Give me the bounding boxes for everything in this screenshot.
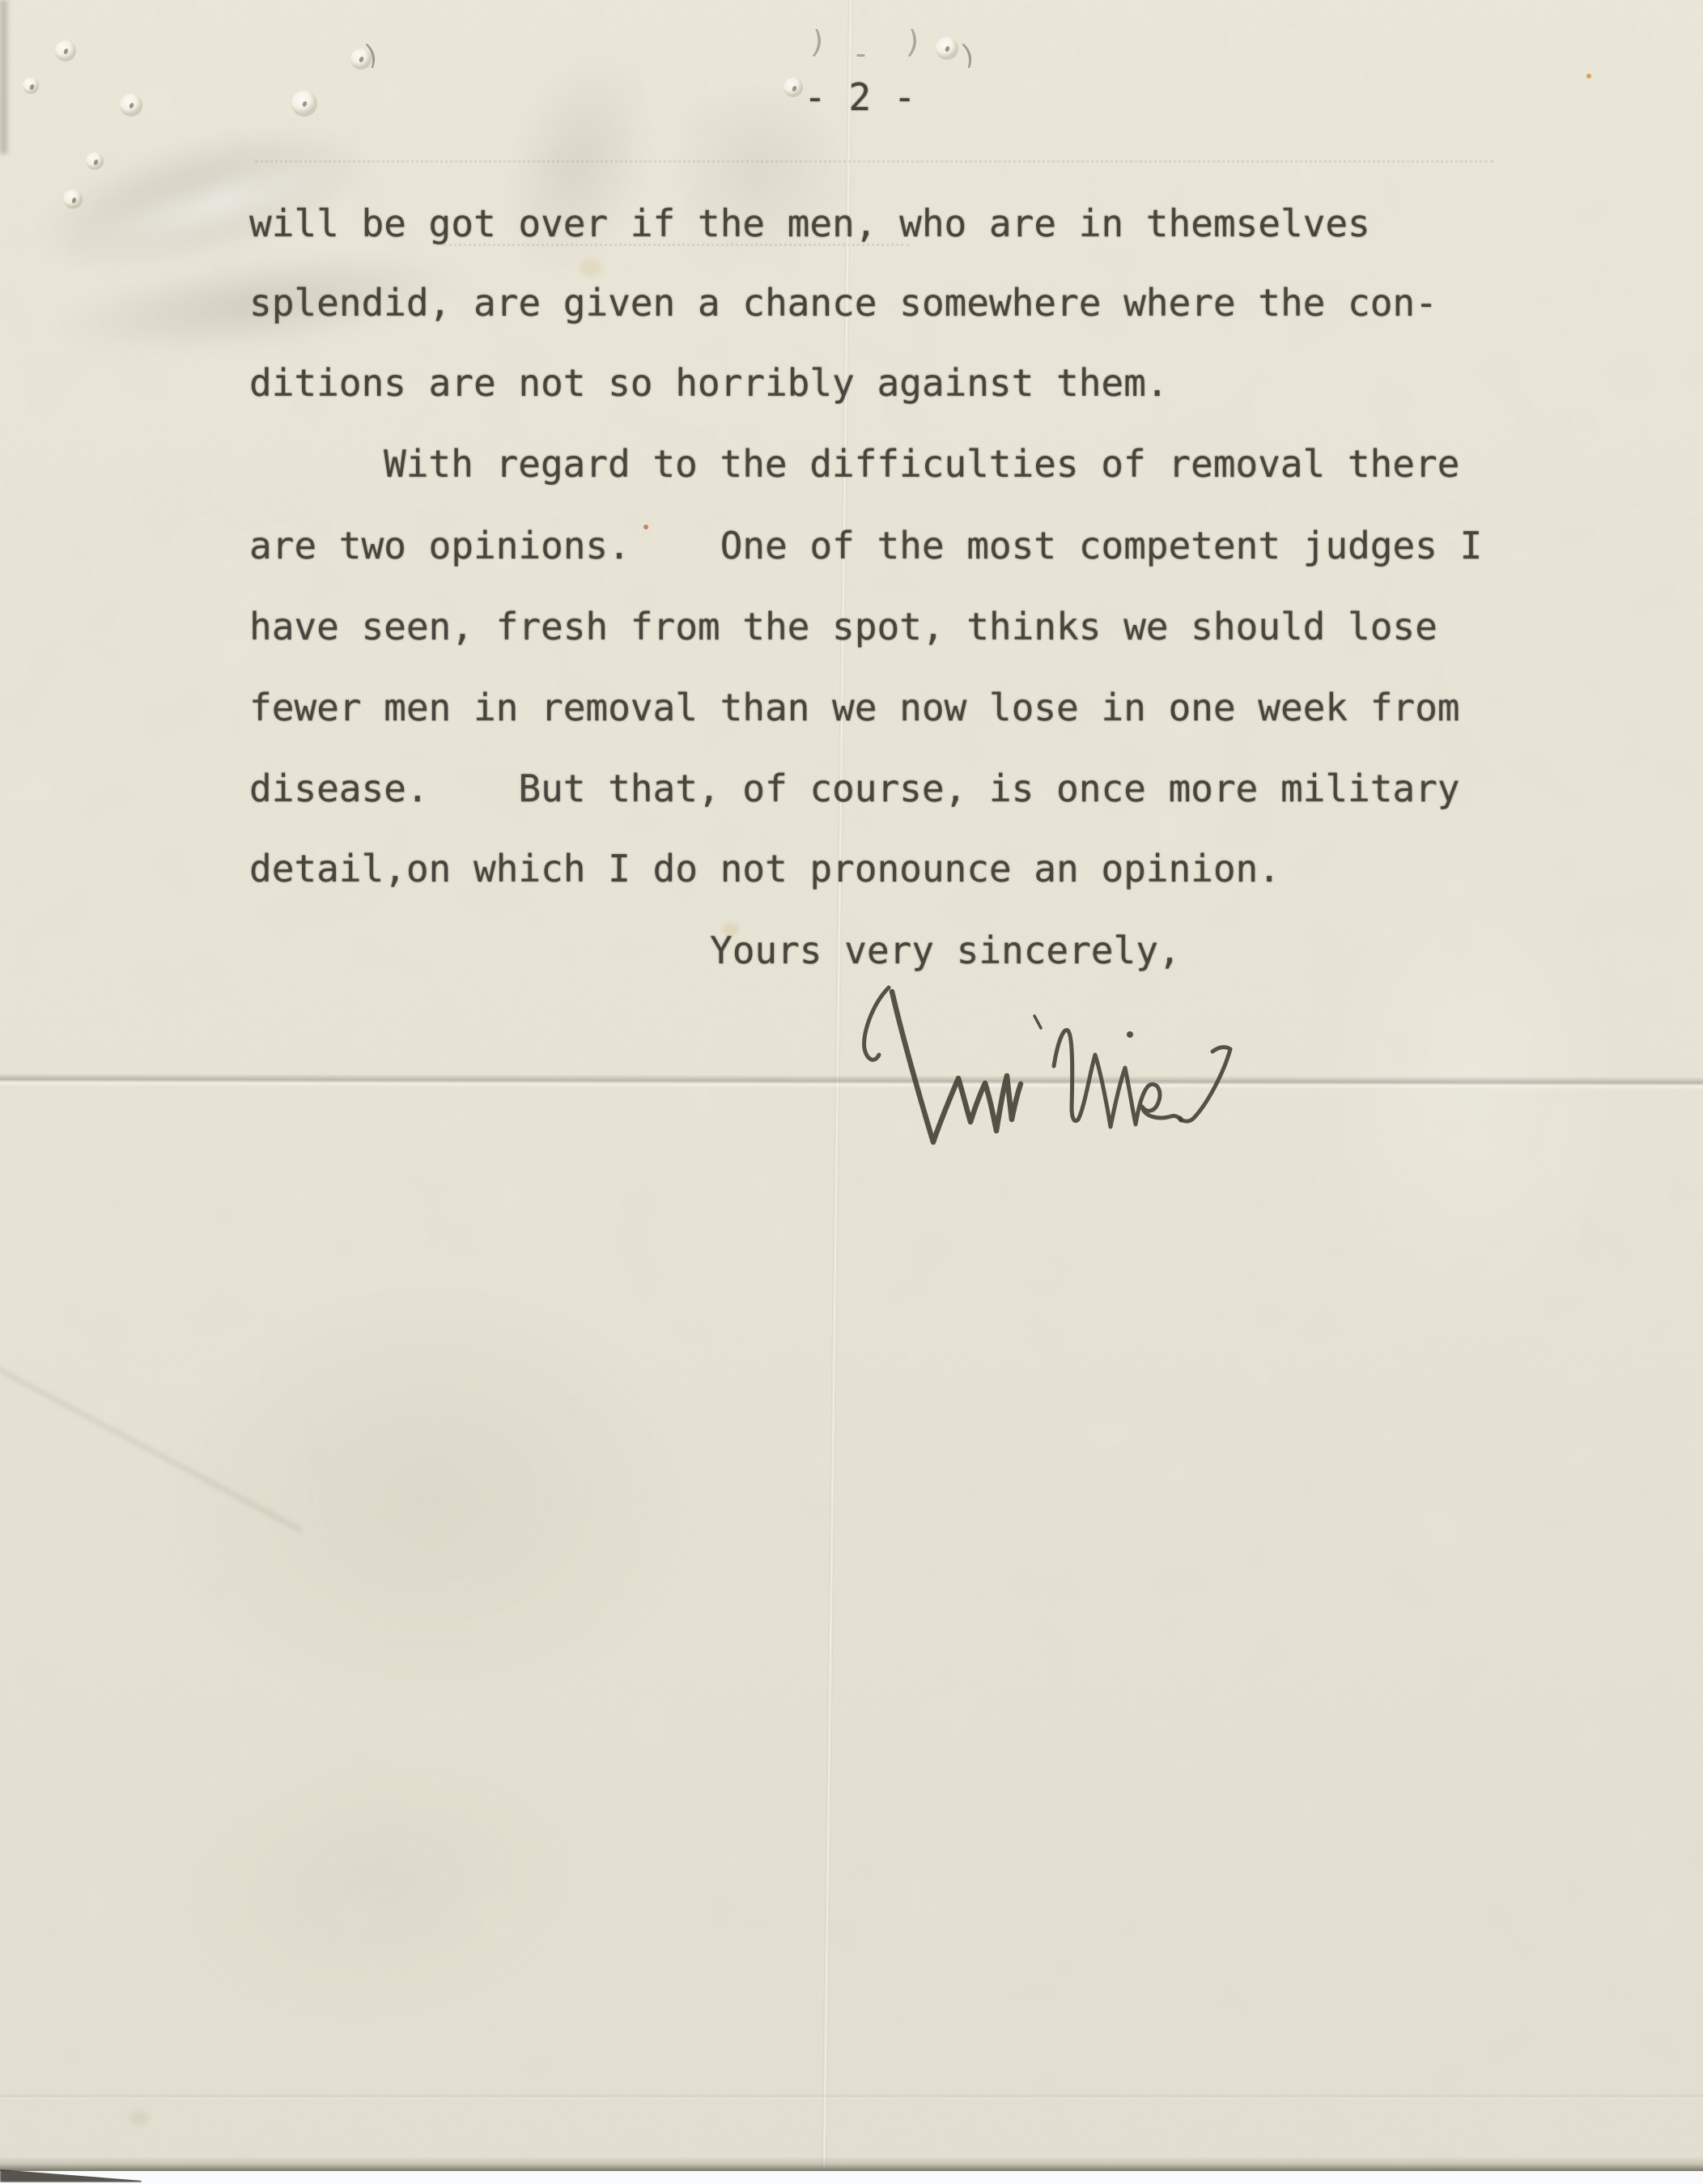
pinhole — [784, 78, 803, 97]
paper-sheen — [1263, 729, 1684, 1457]
paper-sheet: ) ) ) - ) - 2 - will be got over if the … — [0, 0, 1703, 2171]
ghost-mark: ) — [807, 23, 829, 61]
scan-edge-smudge — [0, 0, 7, 154]
stain — [580, 259, 602, 277]
pinhole — [86, 152, 104, 170]
ghost-mark: - — [851, 36, 870, 71]
typed-line: have seen, fresh from the spot, thinks w… — [249, 604, 1438, 649]
paper-bottom-edge-shadow — [0, 2156, 1703, 2171]
typed-line: disease. But that, of course, is once mo… — [249, 766, 1460, 811]
pinhole — [63, 189, 83, 209]
typed-line: are two opinions. One of the most compet… — [249, 523, 1482, 568]
print-artifact-line — [255, 160, 1493, 163]
stain — [130, 2111, 149, 2126]
typed-line: ditions are not so horribly against them… — [249, 360, 1168, 406]
horizontal-fold-crease-faint — [0, 2093, 1703, 2100]
typed-line: splendid, are given a chance somewhere w… — [249, 280, 1438, 325]
paper-mottling — [65, 1214, 793, 1781]
typed-line: detail,on which I do not pronounce an op… — [249, 846, 1280, 891]
typed-line-paragraph-indent: With regard to the difficulties of remov… — [384, 441, 1459, 487]
closing-line: Yours very sincerely, — [710, 928, 1181, 973]
pinhole — [55, 40, 76, 62]
typed-line: fewer men in removal than we now lose in… — [249, 685, 1460, 730]
ghost-mark: ) — [902, 23, 924, 61]
typed-line: will be got over if the men, who are in … — [249, 201, 1370, 246]
pinhole — [291, 91, 317, 117]
page-number: - 2 - — [804, 74, 915, 120]
pinhole — [23, 78, 39, 94]
ink-speck — [1586, 74, 1591, 79]
paper-tear-mark: ) — [956, 37, 980, 73]
scanned-letter-page: { "document": { "page_number": "- 2 -", … — [0, 0, 1703, 2184]
signature-milner — [842, 975, 1246, 1154]
pinhole — [120, 94, 142, 117]
pinhole — [936, 37, 958, 60]
